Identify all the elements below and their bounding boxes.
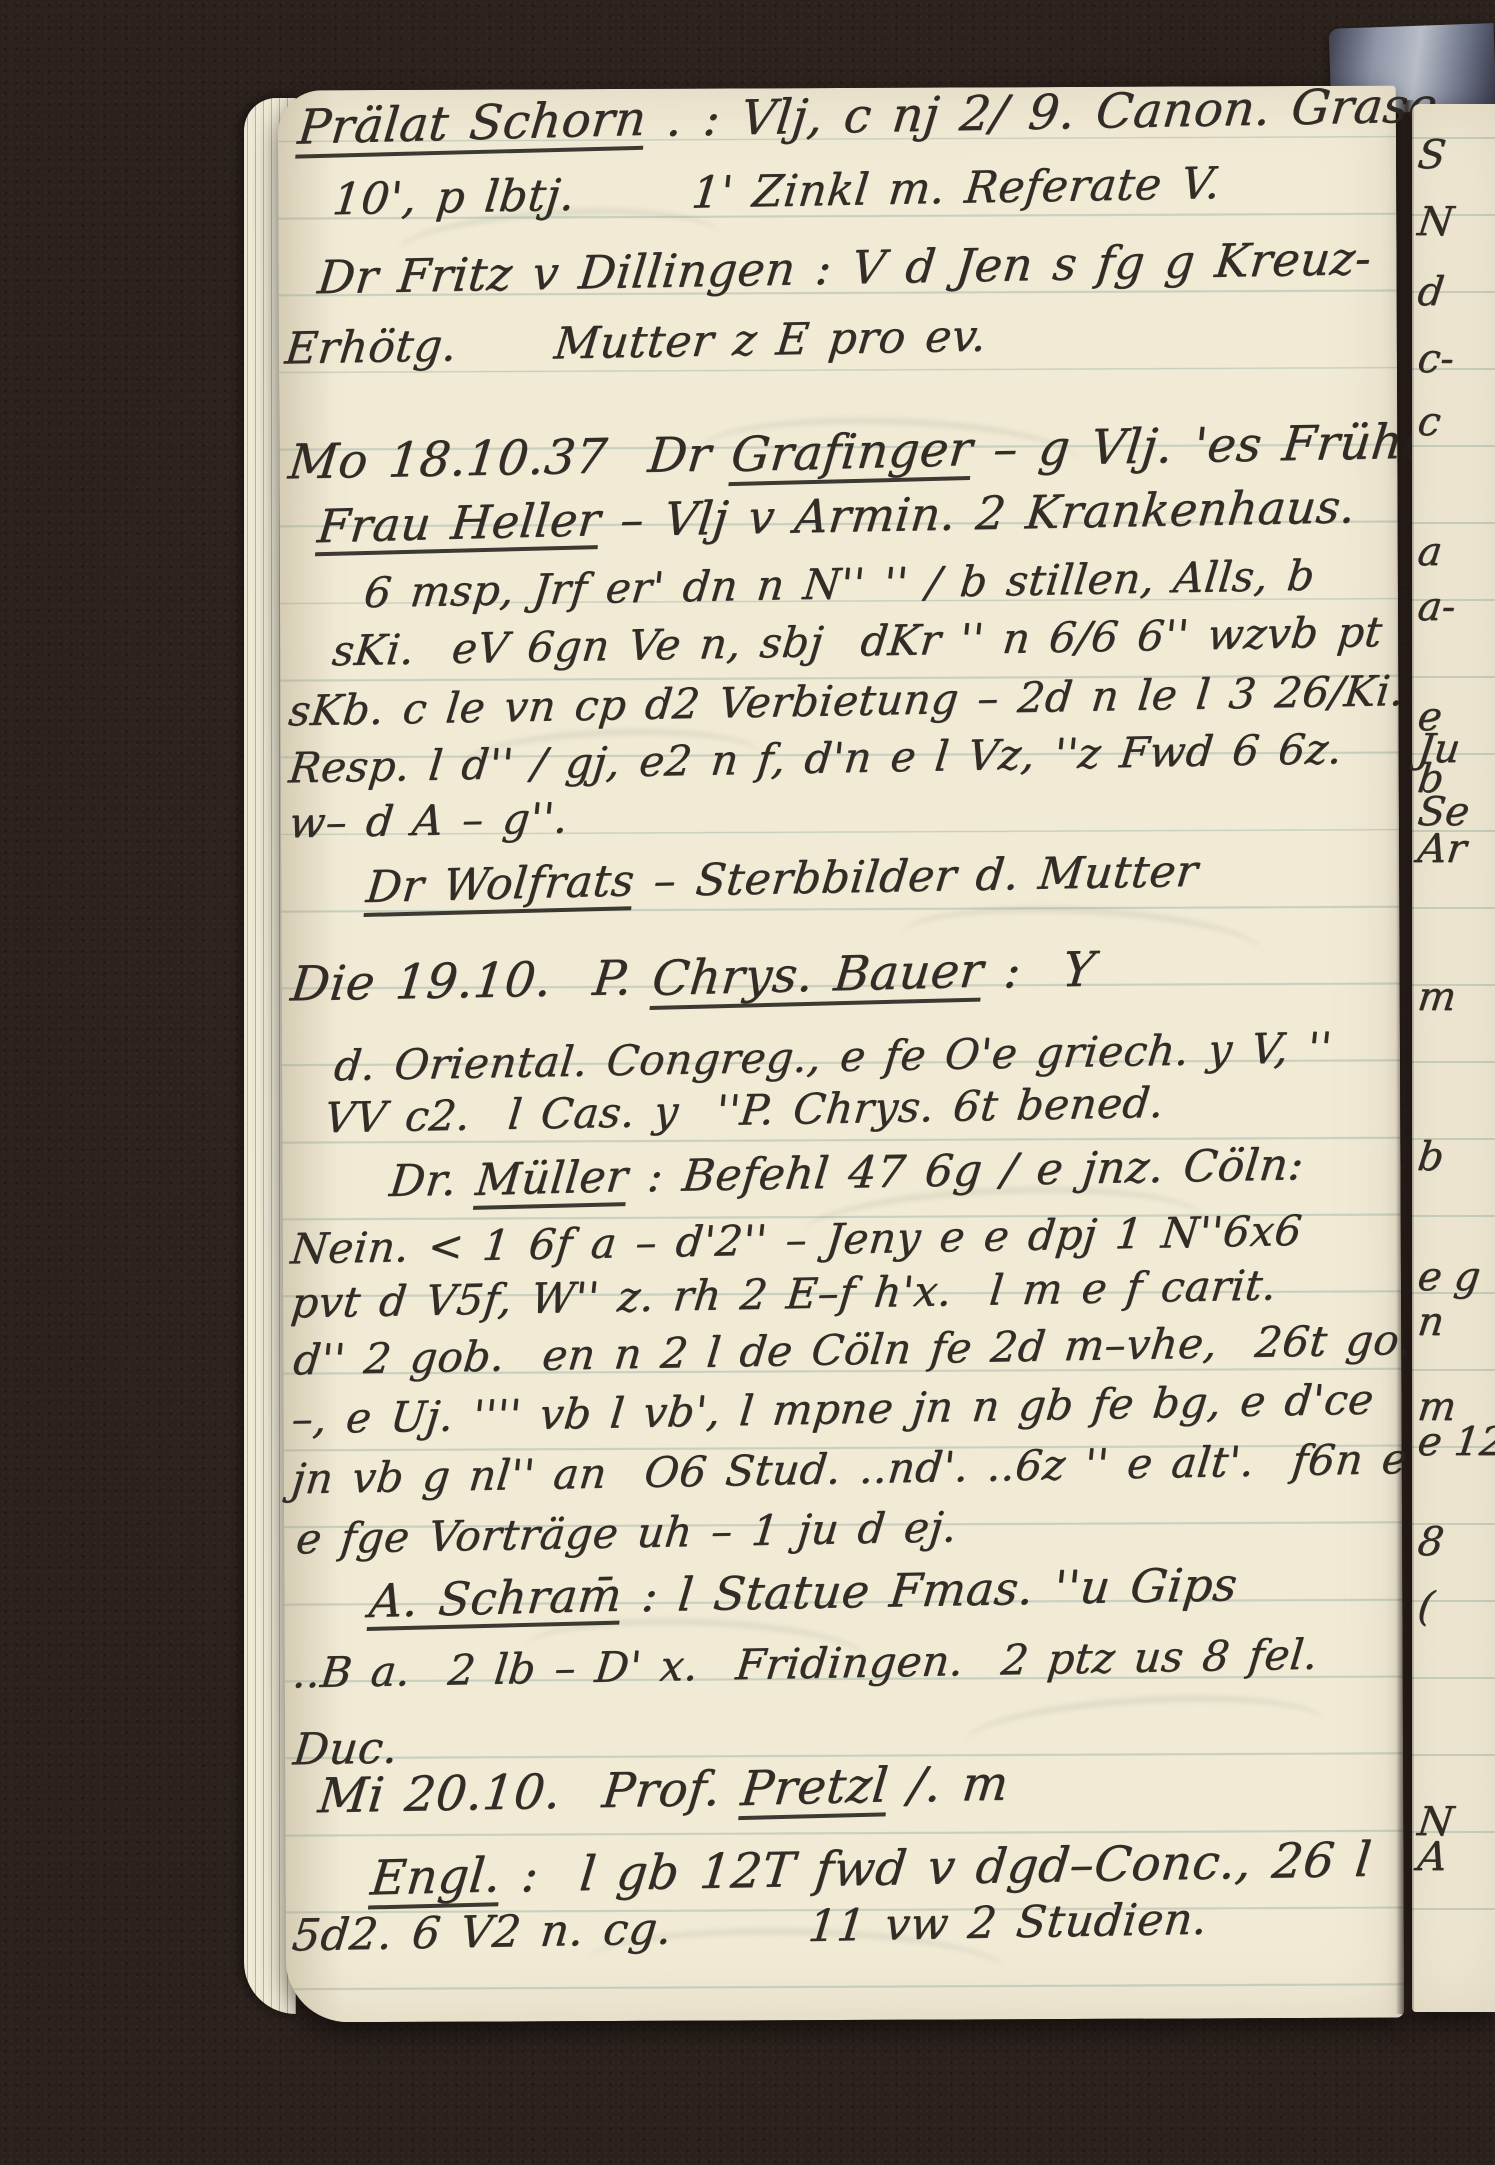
handwriting-line: Engl. : l gb 12T fwd v dgd–Conc., 26 l bbox=[368, 1836, 1374, 1909]
left-notebook-page: Prälat Schorn . : Vlj, c nj 2/ 9. Canon.… bbox=[278, 86, 1404, 2023]
handwriting-line: VV c2. l Cas. y ''P. Chrys. 6t bened. bbox=[322, 1082, 1166, 1139]
handwriting-line: d. Oriental. Congreg., e fe O'e griech. … bbox=[332, 1027, 1334, 1087]
handwriting-line: Frau Heller – Vlj v Armin. 2 Krankenhaus… bbox=[315, 483, 1358, 555]
handwriting-text: ..B a. 2 lb – D' x. Fridingen. 2 ptz us … bbox=[290, 1630, 1320, 1698]
handwriting-fragment: b bbox=[1415, 1134, 1446, 1180]
handwriting-line: Dr Wolfrats – Sterbbilder d. Mutter bbox=[363, 850, 1200, 916]
handwriting-text: –, e Uj. '''' vb l vb', l mpne jn n gb f… bbox=[289, 1375, 1376, 1444]
page-gutter-shadow bbox=[1396, 100, 1414, 2014]
handwriting-fragment: c- bbox=[1415, 336, 1457, 382]
handwriting-line: Prälat Schorn . : Vlj, c nj 2/ 9. Canon.… bbox=[295, 82, 1440, 158]
handwriting-line: 10', p lbtj. 1' Zinkl m. Referate V. bbox=[330, 162, 1222, 222]
handwriting-line: Duc. bbox=[291, 1726, 400, 1772]
handwriting-text: jn vb g nl'' an O6 Stud. ..nd'. ..6z '' … bbox=[290, 1433, 1444, 1503]
handwriting-line: Dr Fritz v Dillingen : V d Jen s fg g Kr… bbox=[316, 235, 1374, 300]
handwriting-line: Erhötg. Mutter z E pro ev. bbox=[283, 315, 989, 372]
underlined-name: Pretzl bbox=[738, 1761, 890, 1820]
handwriting-line: Resp. l d'' / gj, e2 n f, d'n e l Vz, ''… bbox=[287, 728, 1345, 789]
handwriting-text: : l Statue Fmas. ''u Gips bbox=[619, 1557, 1240, 1622]
handwriting-text: Erhötg. Mutter z E pro ev. bbox=[283, 311, 990, 375]
underlined-name: Müller bbox=[473, 1155, 630, 1210]
handwriting-line: 6 msp, Jrf er' dn n N'' '' / b stillen, … bbox=[362, 555, 1317, 614]
handwriting-line: Die 19.10. P. Chrys. Bauer : Y bbox=[288, 946, 1097, 1016]
handwriting-line: pvt d V5f, W'' z. rh 2 E–f h'x. l m e f … bbox=[289, 1264, 1279, 1324]
handwriting-fragment: n bbox=[1415, 1299, 1446, 1345]
handwriting-line: jn vb g nl'' an O6 Stud. ..nd'. ..6z '' … bbox=[290, 1437, 1443, 1500]
underlined-name: A. Schram̄ bbox=[367, 1572, 625, 1631]
handwriting-line: Mi 20.10. Prof. Pretzl /. m bbox=[315, 1760, 1011, 1828]
handwriting-fragment: d bbox=[1415, 269, 1446, 315]
handwriting-text: Resp. l d'' / gj, e2 n f, d'n e l Vz, ''… bbox=[287, 724, 1345, 792]
handwriting-line: sKb. c le vn cp d2 Verbietung – 2d n le … bbox=[287, 670, 1407, 732]
handwriting-fragment: c bbox=[1415, 399, 1443, 445]
underlined-name: Grafinger bbox=[729, 425, 975, 486]
handwriting-line: Dr. Müller : Befehl 47 6g / e jnz. Cöln: bbox=[387, 1143, 1306, 1211]
handwriting-layer: Prälat Schorn . : Vlj, c nj 2/ 9. Canon.… bbox=[278, 86, 1404, 2023]
handwriting-fragment: a- bbox=[1415, 584, 1458, 630]
handwriting-line: Nein. < 1 6f a – d'2'' – Jeny e e dpj 1 … bbox=[289, 1210, 1304, 1271]
handwriting-text: e fge Vorträge uh – 1 ju d ej. bbox=[294, 1502, 960, 1563]
handwriting-fragment: e g bbox=[1415, 1254, 1483, 1300]
underlined-name: Engl. bbox=[368, 1851, 503, 1909]
handwriting-fragment: ( bbox=[1415, 1584, 1436, 1630]
handwriting-text: sKi. eV 6gn Ve n, sbj dKr '' n 6/6 6'' w… bbox=[330, 607, 1385, 675]
handwriting-text: Dr Fritz v Dillingen : V d Jen s fg g Kr… bbox=[315, 231, 1374, 304]
handwriting-text: 6 msp, Jrf er' dn n N'' '' / b stillen, … bbox=[362, 551, 1318, 617]
handwriting-fragment: a bbox=[1415, 529, 1445, 575]
handwriting-text: – Vlj v Armin. 2 Krankenhaus. bbox=[598, 479, 1359, 547]
handwriting-text: Mi 20.10. Prof. bbox=[316, 1761, 745, 1825]
underlined-name: Chrys. Bauer bbox=[650, 947, 986, 1010]
handwriting-text: 10', p lbtj. 1' Zinkl m. Referate V. bbox=[330, 158, 1223, 225]
handwriting-line: e fge Vorträge uh – 1 ju d ej. bbox=[294, 1506, 959, 1560]
handwriting-text: Mo 18.10.37 Dr bbox=[286, 426, 735, 490]
handwriting-text: sKb. c le vn cp d2 Verbietung – 2d n le … bbox=[286, 666, 1406, 735]
handwriting-text: : l gb 12T fwd v dgd–Conc., 26 l bbox=[498, 1832, 1374, 1904]
handwriting-text: w– d A – g''. bbox=[287, 793, 571, 847]
handwriting-line: sKi. eV 6gn Ve n, sbj dKr '' n 6/6 6'' w… bbox=[330, 611, 1384, 672]
handwriting-line: ..B a. 2 lb – D' x. Fridingen. 2 ptz us … bbox=[291, 1634, 1320, 1695]
handwriting-text: Die 19.10. P. bbox=[288, 950, 656, 1013]
handwriting-text: : Y bbox=[981, 942, 1098, 1000]
handwriting-line: d'' 2 gob. en n 2 l de Cöln fe 2d m–vhe,… bbox=[291, 1317, 1495, 1381]
right-notebook-page-edge: SNdc-caa-eJubSeArmbe gnme 128(NA bbox=[1412, 104, 1495, 2012]
handwriting-fragment: N bbox=[1415, 199, 1456, 245]
underlined-name: Frau Heller bbox=[315, 496, 603, 556]
handwriting-fragment: e 12 bbox=[1415, 1419, 1495, 1465]
handwriting-line: A. Schram̄ : l Statue Fmas. ''u Gips bbox=[367, 1561, 1240, 1630]
handwriting-text: Dr. bbox=[387, 1154, 479, 1207]
handwriting-line: w– d A – g''. bbox=[287, 797, 570, 844]
handwriting-text: . : Vlj, c nj 2/ 9. Canon. Grase bbox=[643, 78, 1440, 149]
handwriting-text: : Befehl 47 6g / e jnz. Cöln: bbox=[626, 1139, 1307, 1202]
underlined-name: Dr Wolfrats bbox=[363, 859, 636, 917]
handwriting-fragment: Ar bbox=[1415, 826, 1469, 872]
handwriting-fragment: m bbox=[1415, 974, 1459, 1020]
handwriting-text: d. Oriental. Congreg., e fe O'e griech. … bbox=[332, 1023, 1334, 1090]
handwriting-fragment: A bbox=[1415, 1834, 1450, 1880]
handwriting-fragment: S bbox=[1415, 132, 1448, 178]
handwriting-fragment: 8 bbox=[1415, 1519, 1446, 1565]
notebook-photo: Prälat Schorn . : Vlj, c nj 2/ 9. Canon.… bbox=[0, 0, 1495, 2165]
handwriting-line: –, e Uj. '''' vb l vb', l mpne jn n gb f… bbox=[290, 1379, 1376, 1441]
handwriting-text: /. m bbox=[885, 1756, 1011, 1814]
underlined-name: Prälat Schorn bbox=[295, 95, 648, 159]
handwriting-text: – Sterbbilder d. Mutter bbox=[632, 846, 1201, 907]
